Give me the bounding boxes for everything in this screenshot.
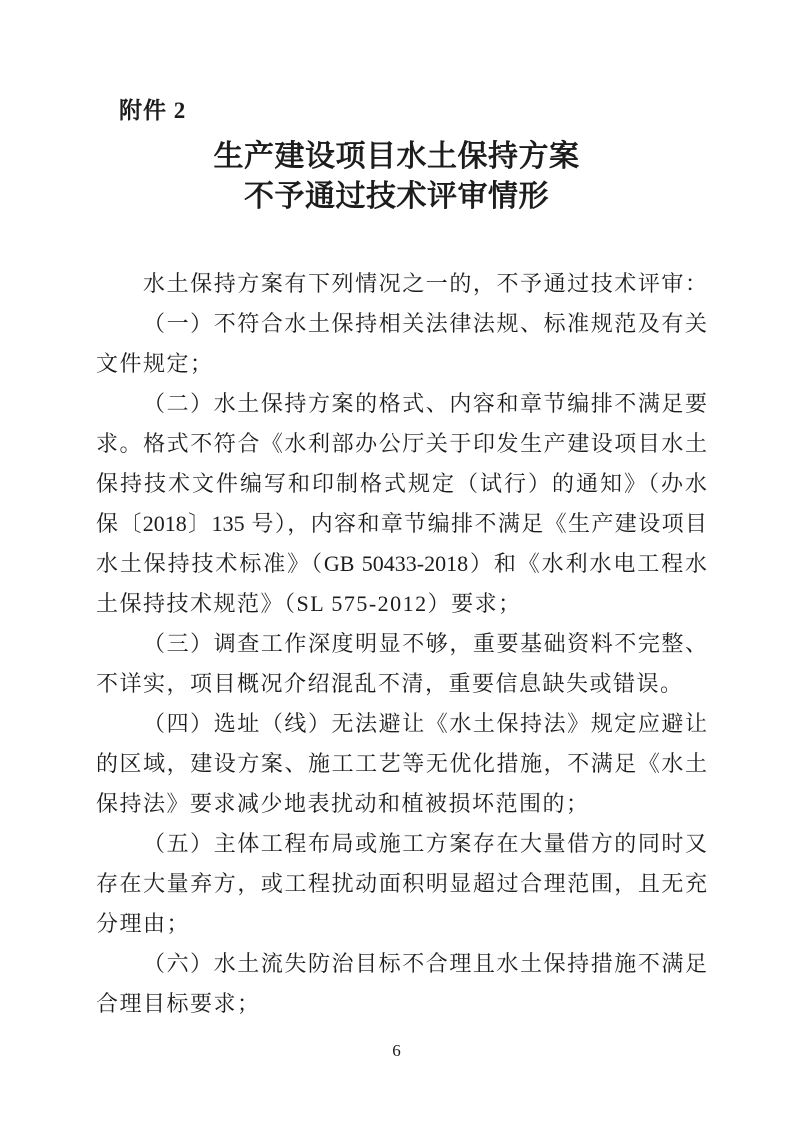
text-line: 保〔2018〕135 号），内容和章节编排不满足《生产建设项目 xyxy=(96,504,707,544)
text-line: （二）水土保持方案的格式、内容和章节编排不满足要 xyxy=(96,384,707,424)
text-line: （三）调查工作深度明显不够，重要基础资料不完整、 xyxy=(96,624,707,664)
document-title-line-1: 生产建设项目水土保持方案 xyxy=(0,137,793,177)
text-line: 水土保持技术标准》（GB 50433-2018）和《水利水电工程水 xyxy=(96,544,707,584)
text-line: 的区域，建设方案、施工工艺等无优化措施，不满足《水土 xyxy=(96,744,707,784)
text-line: 合理目标要求； xyxy=(96,984,707,1024)
text-line: （四）选址（线）无法避让《水土保持法》规定应避让 xyxy=(96,704,707,744)
body-text: 水土保持方案有下列情况之一的，不予通过技术评审： （一）不符合水土保持相关法律法… xyxy=(96,264,707,1024)
text-line: 文件规定； xyxy=(96,344,707,384)
text-line: 求。格式不符合《水利部办公厅关于印发生产建设项目水土 xyxy=(96,424,707,464)
text-line: 土保持技术规范》（SL 575-2012）要求； xyxy=(96,584,707,624)
text-line: 水土保持方案有下列情况之一的，不予通过技术评审： xyxy=(96,264,707,304)
document-page: 附件 2 生产建设项目水土保持方案 不予通过技术评审情形 水土保持方案有下列情况… xyxy=(0,0,793,1122)
document-title-line-2: 不予通过技术评审情形 xyxy=(0,177,793,217)
text-line: （六）水土流失防治目标不合理且水土保持措施不满足 xyxy=(96,944,707,984)
text-line: （五）主体工程布局或施工方案存在大量借方的同时又 xyxy=(96,824,707,864)
text-line: 存在大量弃方，或工程扰动面积明显超过合理范围，且无充 xyxy=(96,864,707,904)
text-line: （一）不符合水土保持相关法律法规、标准规范及有关 xyxy=(96,304,707,344)
document-title: 生产建设项目水土保持方案 不予通过技术评审情形 xyxy=(0,137,793,217)
text-line: 不详实，项目概况介绍混乱不清，重要信息缺失或错误。 xyxy=(96,664,707,704)
text-line: 保持法》要求减少地表扰动和植被损坏范围的； xyxy=(96,784,707,824)
text-line: 分理由； xyxy=(96,904,707,944)
page-number: 6 xyxy=(0,1041,793,1061)
attachment-label: 附件 2 xyxy=(119,96,186,126)
text-line: 保持技术文件编写和印制格式规定（试行）的通知》（办水 xyxy=(96,464,707,504)
